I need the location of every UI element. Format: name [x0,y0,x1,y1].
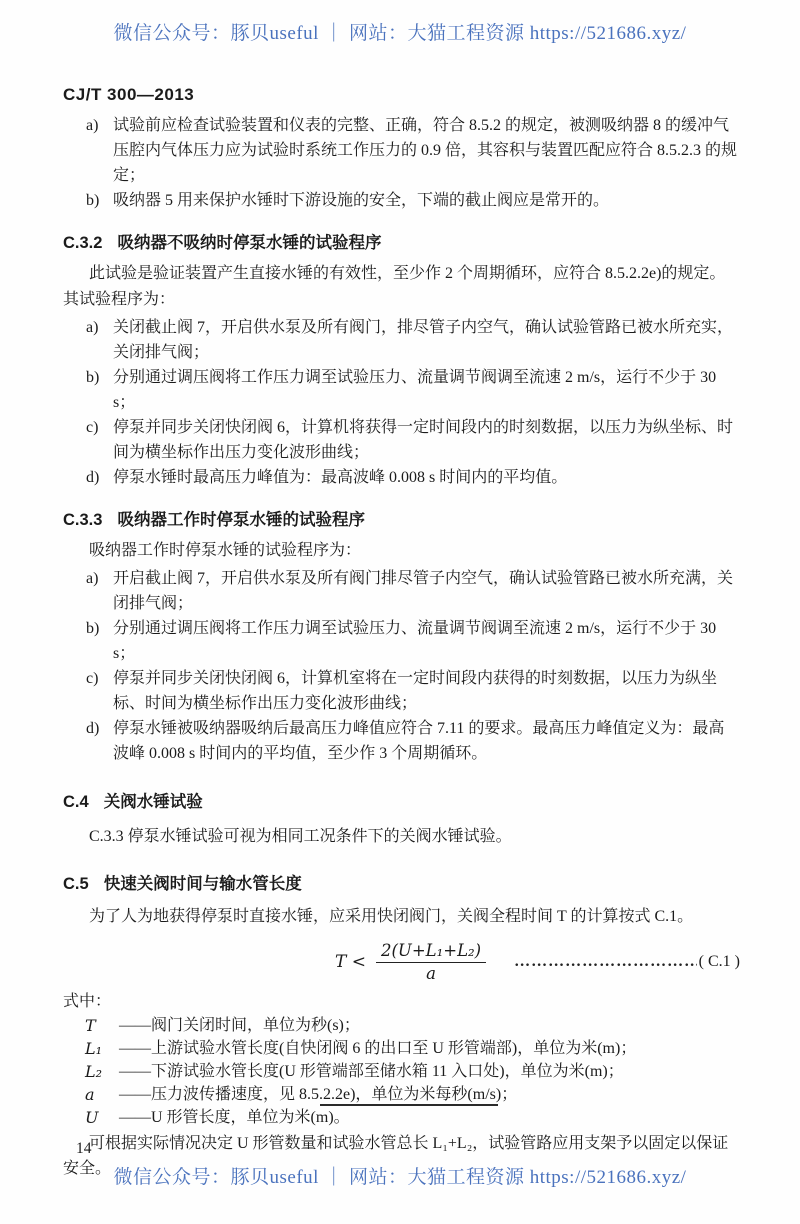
watermark-footer: 微信公众号：豚贝useful ｜ 网站：大猫工程资源 https://52168… [0,1162,800,1189]
list-item-text: 停泵水锤被吸纳器吸纳后最高压力峰值应符合 7.11 的要求。最高压力峰值定义为：… [113,716,740,766]
section-title: 吸纳器工作时停泵水锤的试验程序 [117,506,365,530]
list-item: d) 停泵水锤时最高压力峰值为：最高波峰 0.008 s 时间内的平均值。 [63,465,740,490]
list-item-label: b) [86,188,113,213]
paragraph: 吸纳器工作时停泵水锤的试验程序为： [63,538,740,564]
section-heading-c4: C.4 关阀水锤试验 [63,788,740,808]
list-item-text: 停泵水锤时最高压力峰值为：最高波峰 0.008 s 时间内的平均值。 [113,465,740,490]
formula-lhs: T < [335,952,366,972]
definition-symbol: L₂ [85,1060,119,1083]
list-item: a) 试验前应检查试验装置和仪表的完整、正确，符合 8.5.2 的规定，被测吸纳… [63,113,740,188]
section-heading-c5: C.5 快速关阀时间与输水管长度 [63,870,740,890]
document-content: CJ/T 300—2013 a) 试验前应检查试验装置和仪表的完整、正确，符合 … [63,85,740,1181]
definition-description: ——U 形管长度，单位为米(m)。 [119,1106,740,1129]
section-title: 吸纳器不吸纳时停泵水锤的试验程序 [117,229,381,253]
section-title: 快速关阀时间与输水管长度 [104,870,302,894]
definition-symbol: L₁ [85,1037,119,1060]
list-item-label: d) [86,465,113,490]
doc-number: CJ/T 300—2013 [63,85,740,105]
formula-reference: ( C.1 ) [699,953,740,971]
list-item-text: 停泵并同步关闭快闭阀 6，计算机室将在一定时间段内获得的时刻数据，以压力为纵坐标… [113,666,740,716]
list-item: b) 分别通过调压阀将工作压力调至试验压力、流量调节阀调至流速 2 m/s，运行… [63,365,740,415]
definition-description: ——阀门关闭时间，单位为秒(s)； [119,1014,740,1037]
definition-description: ——下游试验水管长度(U 形管端部至储水箱 11 入口处)，单位为米(m)； [119,1060,740,1083]
definition-description: ——压力波传播速度，见 8.5.2.2e)，单位为米每秒(m/s)； [119,1083,740,1106]
list-item-text: 试验前应检查试验装置和仪表的完整、正确，符合 8.5.2 的规定，被测吸纳器 8… [113,113,740,188]
formula-c1: T < 2(U+L₁+L₂) a ……………………………… ( C.1 ) [63,936,740,988]
formula-dot-leader: ……………………………… [514,953,697,971]
definition-symbol: a [85,1083,119,1106]
list-item: c) 停泵并同步关闭快闭阀 6，计算机将获得一定时间段内的时刻数据，以压力为纵坐… [63,415,740,465]
section-number: C.4 [63,793,89,812]
watermark-header: 微信公众号：豚贝useful ｜ 网站：大猫工程资源 https://52168… [0,18,800,45]
list-item-label: d) [86,716,113,766]
list-item: a) 开启截止阀 7，开启供水泵及所有阀门排尽管子内空气，确认试验管路已被水所充… [63,566,740,616]
list-item-text: 开启截止阀 7，开启供水泵及所有阀门排尽管子内空气，确认试验管路已被水所充满，关… [113,566,740,616]
section-heading-c33: C.3.3 吸纳器工作时停泵水锤的试验程序 [63,506,740,526]
paragraph: C.3.3 停泵水锤试验可视为相同工况条件下的关阀水锤试验。 [63,824,740,850]
section-c33-item-list: a) 开启截止阀 7，开启供水泵及所有阀门排尽管子内空气，确认试验管路已被水所充… [63,566,740,766]
definition-row: a ——压力波传播速度，见 8.5.2.2e)，单位为米每秒(m/s)； [63,1083,740,1106]
formula-numerator: 2(U+L₁+L₂) [376,941,486,963]
list-item-text: 分别通过调压阀将工作压力调至试验压力、流量调节阀调至流速 2 m/s，运行不少于… [113,365,740,415]
list-item-text: 分别通过调压阀将工作压力调至试验压力、流量调节阀调至流速 2 m/s，运行不少于… [113,616,740,666]
list-item-text: 吸纳器 5 用来保护水锤时下游设施的安全，下端的截止阀应是常开的。 [113,188,740,213]
definitions-list: T ——阀门关闭时间，单位为秒(s)； L₁ ——上游试验水管长度(自快闭阀 6… [63,1014,740,1129]
list-item-text: 关闭截止阀 7，开启供水泵及所有阀门，排尽管子内空气，确认试验管路已被水所充实，… [113,315,740,365]
list-item: a) 关闭截止阀 7，开启供水泵及所有阀门，排尽管子内空气，确认试验管路已被水所… [63,315,740,365]
section-heading-c32: C.3.2 吸纳器不吸纳时停泵水锤的试验程序 [63,229,740,249]
section-c32-item-list: a) 关闭截止阀 7，开启供水泵及所有阀门，排尽管子内空气，确认试验管路已被水所… [63,315,740,490]
formula-denominator: a [426,963,436,983]
intro-item-list: a) 试验前应检查试验装置和仪表的完整、正确，符合 8.5.2 的规定，被测吸纳… [63,113,740,213]
list-item-label: b) [86,616,113,666]
definition-row: U ——U 形管长度，单位为米(m)。 [63,1106,740,1129]
section-title: 关阀水锤试验 [104,788,203,812]
footer-divider [320,1104,498,1106]
definition-symbol: U [85,1106,119,1129]
section-number: C.3.2 [63,234,102,253]
paragraph: 为了人为地获得停泵时直接水锤，应采用快闭阀门，关阀全程时间 T 的计算按式 C.… [63,904,740,930]
list-item: c) 停泵并同步关闭快闭阀 6，计算机室将在一定时间段内获得的时刻数据，以压力为… [63,666,740,716]
list-item-text: 停泵并同步关闭快闭阀 6，计算机将获得一定时间段内的时刻数据，以压力为纵坐标、时… [113,415,740,465]
page-number: 14 [76,1140,92,1158]
list-item: d) 停泵水锤被吸纳器吸纳后最高压力峰值应符合 7.11 的要求。最高压力峰值定… [63,716,740,766]
list-item: b) 分别通过调压阀将工作压力调至试验压力、流量调节阀调至流速 2 m/s，运行… [63,616,740,666]
definition-description: ——上游试验水管长度(自快闭阀 6 的出口至 U 形管端部)，单位为米(m)； [119,1037,740,1060]
document-page: 微信公众号：豚贝useful ｜ 网站：大猫工程资源 https://52168… [0,0,800,1224]
list-item-label: c) [86,666,113,716]
definition-symbol: T [85,1014,119,1037]
definition-row: L₂ ——下游试验水管长度(U 形管端部至储水箱 11 入口处)，单位为米(m)… [63,1060,740,1083]
where-label: 式中： [63,990,740,1014]
list-item-label: a) [86,566,113,616]
section-number: C.3.3 [63,511,102,530]
definition-row: T ——阀门关闭时间，单位为秒(s)； [63,1014,740,1037]
list-item-label: c) [86,415,113,465]
list-item: b) 吸纳器 5 用来保护水锤时下游设施的安全，下端的截止阀应是常开的。 [63,188,740,213]
list-item-label: b) [86,365,113,415]
paragraph: 此试验是验证装置产生直接水锤的有效性，至少作 2 个周期循环，应符合 8.5.2… [63,261,740,313]
list-item-label: a) [86,315,113,365]
section-number: C.5 [63,875,89,894]
formula-fraction: 2(U+L₁+L₂) a [376,941,486,983]
definition-row: L₁ ——上游试验水管长度(自快闭阀 6 的出口至 U 形管端部)，单位为米(m… [63,1037,740,1060]
list-item-label: a) [86,113,113,188]
